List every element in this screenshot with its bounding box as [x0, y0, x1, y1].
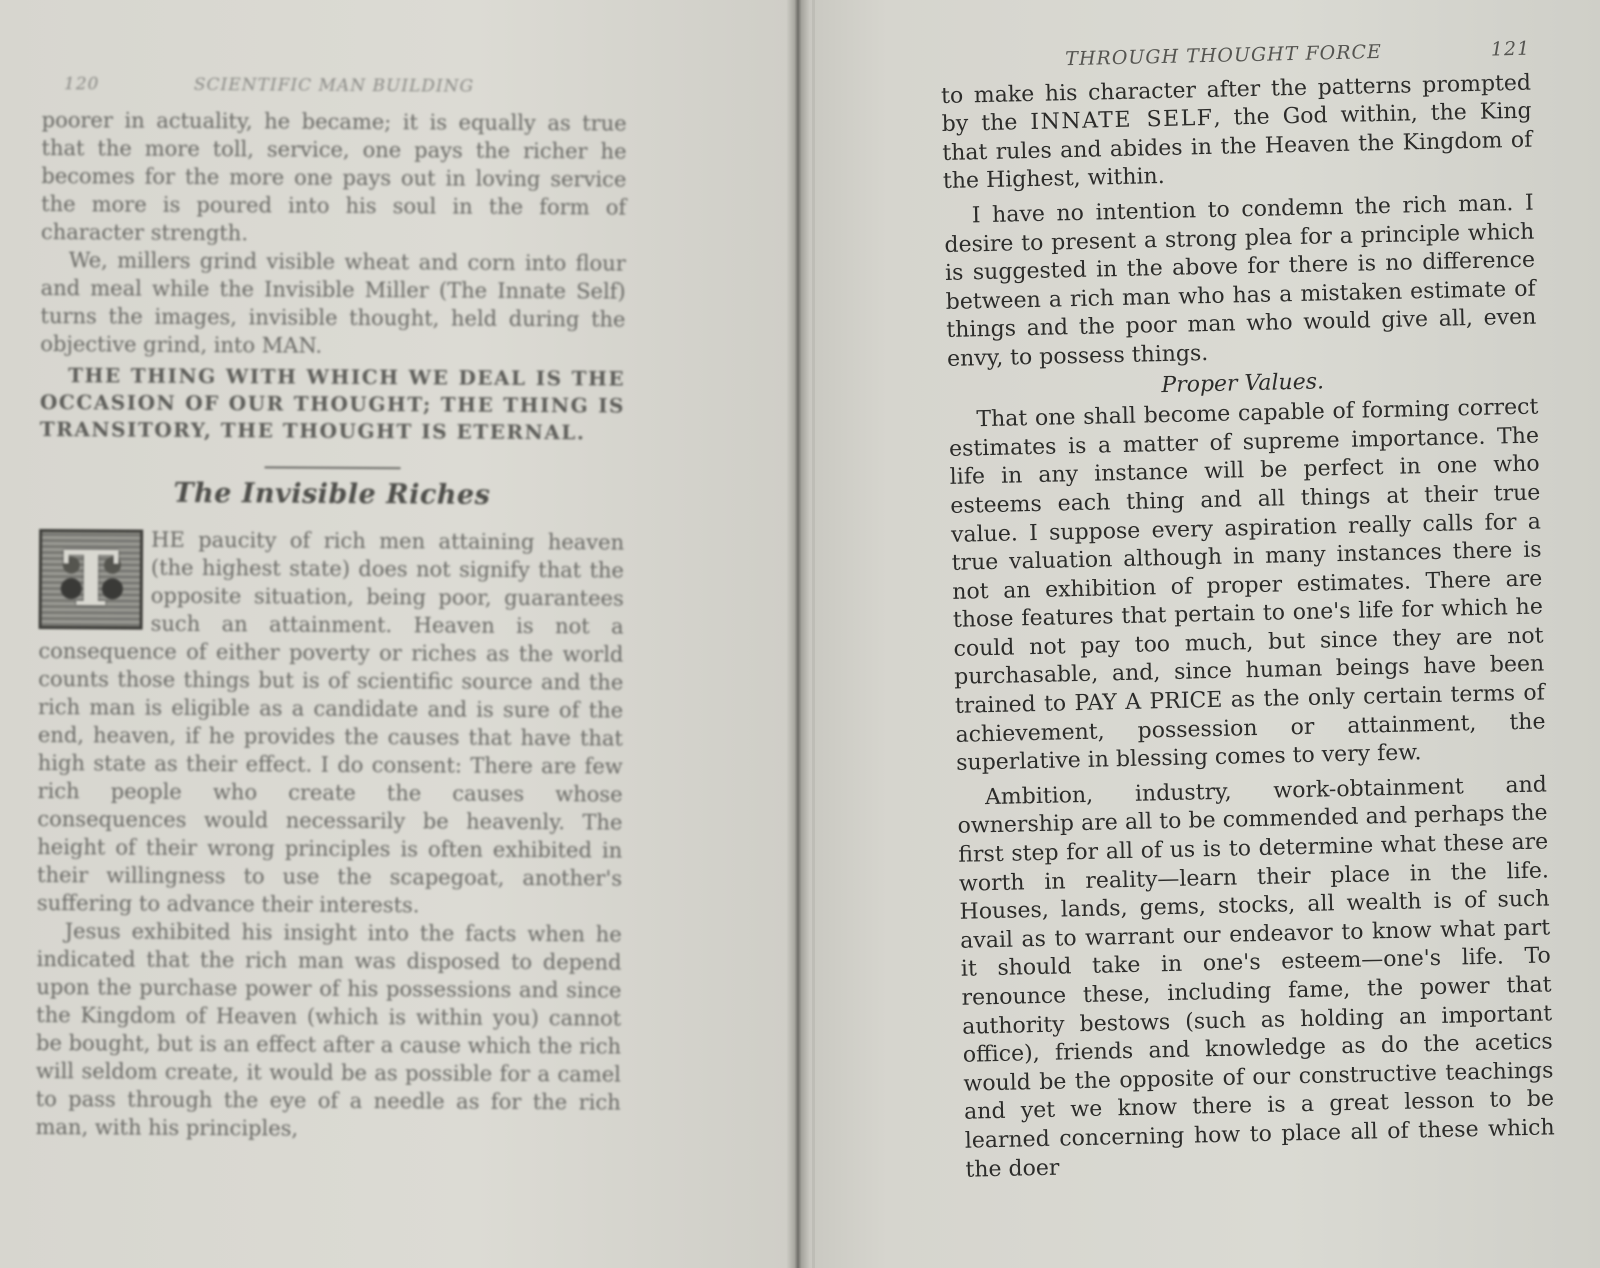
- left-paragraph-2: We, millers grind visible wheat and corn…: [40, 246, 626, 362]
- section-divider: [264, 466, 400, 469]
- book-spine-gutter: [786, 0, 810, 1268]
- page-edge: [812, 0, 815, 1268]
- right-paragraph-1: to make his character after the patterns…: [941, 69, 1533, 197]
- left-page-text: 120 SCIENTIFIC MAN BUILDING poorer in ac…: [35, 70, 627, 1145]
- right-running-title: THROUGH THOUGHT FORCE: [1065, 38, 1382, 74]
- left-caps-paragraph: THE THING WITH WHICH WE DEAL IS THE OCCA…: [40, 362, 625, 447]
- book-spread: 120 SCIENTIFIC MAN BUILDING poorer in ac…: [0, 0, 1600, 1268]
- text-run: That one shall become capable of forming…: [949, 395, 1545, 719]
- left-paragraph-1: poorer in actuality, he became; it is eq…: [41, 106, 627, 250]
- left-running-title: SCIENTIFIC MAN BUILDING: [194, 71, 474, 101]
- left-running-head: 120 SCIENTIFIC MAN BUILDING: [42, 70, 627, 102]
- emphasis-caps: PAY A PRICE: [1074, 688, 1222, 716]
- right-paragraph-4: Ambition, industry, work-obtainment and …: [957, 771, 1556, 1185]
- section-title: The Invisible Riches: [39, 479, 624, 511]
- section-body: T HE paucity of rich men attaining heave…: [37, 525, 624, 921]
- ornamental-dropcap-icon: T: [39, 529, 144, 630]
- right-paragraph-2: I have no intention to condemn the rich …: [944, 190, 1538, 375]
- emphasis-caps: INNATE SELF: [1030, 106, 1214, 135]
- dropcap-letter: T: [62, 541, 119, 617]
- right-page-number: 121: [1491, 35, 1531, 64]
- left-paragraph-4: Jesus exhibited his insight into the fac…: [35, 917, 621, 1145]
- left-page-number: 120: [42, 70, 194, 99]
- right-paragraph-3: That one shall become capable of forming…: [948, 394, 1546, 779]
- right-page-text: THROUGH THOUGHT FORCE 121 to make his ch…: [940, 35, 1556, 1185]
